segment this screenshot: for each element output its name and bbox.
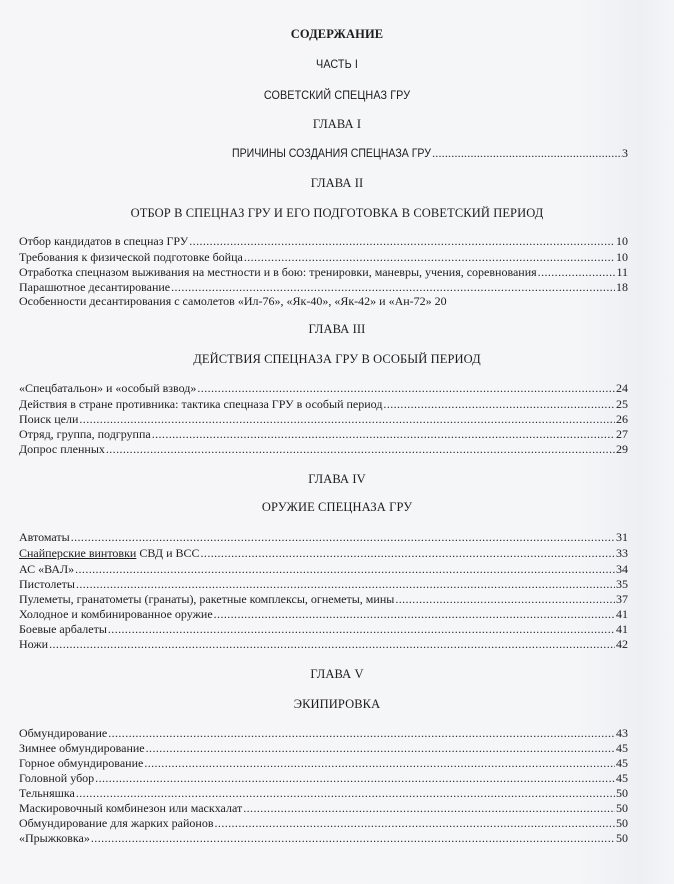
toc-entry-underlined-text: Снайперские винтовки: [19, 546, 136, 560]
toc-entry-text: Головной убор: [19, 771, 94, 786]
toc-entry[interactable]: Особенности десантирования с самолетов «…: [19, 294, 447, 309]
toc-entry[interactable]: Допрос пленных 29: [19, 442, 628, 457]
toc-entry-page: 35: [616, 577, 628, 592]
toc-entry-text: Горное обмундирование: [19, 756, 143, 771]
toc-entry-text: Поиск цели: [19, 412, 78, 427]
toc-entry-text: АС «ВАЛ»: [19, 562, 74, 577]
toc-entry-page: 43: [616, 726, 628, 741]
toc-entry-text: Зимнее обмундирование: [19, 741, 145, 756]
toc-entry-text: Отбор кандидатов в спецназ ГРУ: [19, 234, 188, 249]
toc-entry[interactable]: Маскировочный комбинезон или маскхалат 5…: [19, 801, 628, 816]
toc-entry-page: 25: [616, 397, 628, 412]
dot-leader: [108, 726, 615, 741]
dot-leader: [189, 234, 615, 249]
dot-leader: [95, 771, 615, 786]
toc-entry[interactable]: Поиск цели 26: [19, 412, 628, 427]
toc-entry[interactable]: Обмундирование для жарких районов 50: [19, 816, 628, 831]
chapter-1-title: ПРИЧИНЫ СОЗДАНИЯ СПЕЦНАЗА ГРУ: [232, 146, 431, 161]
toc-entry-page: 41: [616, 622, 628, 637]
toc-entry-text: Допрос пленных: [19, 442, 105, 457]
chapter-5-label: ГЛАВА V: [0, 667, 674, 682]
toc-entry[interactable]: Ножи 42: [19, 637, 628, 652]
toc-entry[interactable]: Пулеметы, гранатометы (гранаты), ракетны…: [19, 592, 628, 607]
toc-entry-text: Тельняшка: [19, 786, 75, 801]
dot-leader: [49, 637, 615, 652]
toc-entry-page: 10: [616, 234, 628, 249]
toc-entry[interactable]: Отработка спецназом выживания на местнос…: [19, 265, 628, 280]
dot-leader: [152, 427, 615, 442]
toc-title: СОДЕРЖАНИЕ: [0, 27, 674, 42]
toc-entry-page: 10: [616, 250, 628, 265]
dot-leader: [106, 442, 615, 457]
toc-entry-text: Автоматы: [19, 530, 70, 545]
toc-entry-page: 50: [616, 831, 628, 846]
chapter-1-label: ГЛАВА I: [0, 117, 674, 132]
toc-entry-page: 45: [616, 756, 628, 771]
dot-leader: [243, 801, 615, 816]
toc-entry-text: Парашютное десантирование: [19, 280, 170, 295]
toc-entry-page: 29: [616, 442, 628, 457]
toc-entry-page: 31: [616, 530, 628, 545]
toc-entry[interactable]: Снайперские винтовки СВД и ВСС 33: [19, 546, 628, 561]
toc-entry[interactable]: Зимнее обмундирование 45: [19, 741, 628, 756]
toc-entry[interactable]: «Прыжковка» 50: [19, 831, 628, 846]
dot-leader: [201, 546, 615, 561]
toc-entry-page: 11: [616, 265, 628, 280]
toc-entry-text: Холодное и комбинированное оружие: [19, 607, 213, 622]
toc-entry[interactable]: Автоматы 31: [19, 530, 628, 545]
toc-entry-page: 42: [616, 637, 628, 652]
toc-entry-page: 33: [616, 546, 628, 561]
toc-entry-page: 41: [616, 607, 628, 622]
toc-entry-text: Обмундирование: [19, 726, 107, 741]
toc-entry-text: Обмундирование для жарких районов: [19, 816, 214, 831]
dot-leader: [76, 786, 615, 801]
chapter-3-title: ДЕЙСТВИЯ СПЕЦНАЗА ГРУ В ОСОБЫЙ ПЕРИОД: [0, 352, 674, 367]
toc-entry-text: Требования к физической подготовке бойца: [19, 250, 243, 265]
dot-leader: [197, 381, 615, 396]
dot-leader: [146, 741, 615, 756]
toc-entry[interactable]: Отряд, группа, подгруппа 27: [19, 427, 628, 442]
toc-entry-page: 50: [616, 801, 628, 816]
toc-entry-page: 45: [616, 771, 628, 786]
toc-entry[interactable]: Обмундирование 43: [19, 726, 628, 741]
dot-leader: [79, 412, 615, 427]
toc-entry-text: «Прыжковка»: [19, 831, 90, 846]
toc-entry-text: Боевые арбалеты: [19, 622, 107, 637]
toc-entry-text-wrap: Снайперские винтовки СВД и ВСС: [19, 546, 200, 561]
dot-leader: [538, 265, 616, 280]
toc-entry[interactable]: Холодное и комбинированное оружие 41: [19, 607, 628, 622]
dot-leader: [144, 756, 615, 771]
dot-leader: [71, 530, 615, 545]
dot-leader: [432, 146, 622, 161]
toc-entry-text: Отработка спецназом выживания на местнос…: [19, 265, 537, 280]
chapter-4-title: ОРУЖИЕ СПЕЦНАЗА ГРУ: [0, 500, 674, 515]
toc-entry-text: СВД и ВСС: [136, 546, 199, 560]
toc-entry[interactable]: Тельняшка 50: [19, 786, 628, 801]
toc-entry-page: 34: [616, 562, 628, 577]
toc-entry[interactable]: «Спецбатальон» и «особый взвод» 24: [19, 381, 628, 396]
toc-entry-text: Особенности десантирования с самолетов «…: [19, 294, 447, 308]
chapter-1-title-row[interactable]: ПРИЧИНЫ СОЗДАНИЯ СПЕЦНАЗА ГРУ 3: [232, 146, 628, 161]
dot-leader: [171, 280, 615, 295]
dot-leader: [91, 831, 615, 846]
toc-entry[interactable]: Головной убор 45: [19, 771, 628, 786]
toc-entry-page: 24: [616, 381, 628, 396]
toc-entry-text: Пистолеты: [19, 577, 75, 592]
chapter-5-title: ЭКИПИРОВКА: [0, 697, 674, 712]
toc-entry[interactable]: Парашютное десантирование 18: [19, 280, 628, 295]
toc-entry-text: Ножи: [19, 637, 48, 652]
dot-leader: [214, 607, 615, 622]
dot-leader: [383, 397, 615, 412]
toc-entry-text: Действия в стране противника: тактика сп…: [19, 397, 382, 412]
chapter-3-label: ГЛАВА III: [0, 322, 674, 337]
toc-entry-text: Маскировочный комбинезон или маскхалат: [19, 801, 242, 816]
chapter-2-label: ГЛАВА II: [0, 176, 674, 191]
toc-entry-page: 18: [616, 280, 628, 295]
chapter-4-label: ГЛАВА IV: [0, 472, 674, 487]
toc-entry-page: 26: [616, 412, 628, 427]
toc-entry-text: Пулеметы, гранатометы (гранаты), ракетны…: [19, 592, 394, 607]
part-label: ЧАСТЬ I: [34, 57, 641, 71]
toc-entry[interactable]: Боевые арбалеты 41: [19, 622, 628, 637]
toc-entry-page: 45: [616, 741, 628, 756]
chapter-2-title: ОТБОР В СПЕЦНАЗ ГРУ И ЕГО ПОДГОТОВКА В С…: [0, 206, 674, 221]
toc-entry-text: «Спецбатальон» и «особый взвод»: [19, 381, 196, 396]
toc-entry-page: 27: [616, 427, 628, 442]
part-title: СОВЕТСКИЙ СПЕЦНАЗ ГРУ: [34, 88, 641, 102]
toc-entry-text: Отряд, группа, подгруппа: [19, 427, 151, 442]
dot-leader: [215, 816, 615, 831]
toc-entry-page: 37: [616, 592, 628, 607]
dot-leader: [108, 622, 615, 637]
toc-entry[interactable]: Действия в стране противника: тактика сп…: [19, 397, 628, 412]
dot-leader: [75, 562, 615, 577]
toc-entry[interactable]: Горное обмундирование 45: [19, 756, 628, 771]
toc-entry[interactable]: АС «ВАЛ» 34: [19, 562, 628, 577]
dot-leader: [76, 577, 615, 592]
toc-entry-page: 50: [616, 786, 628, 801]
toc-entry-page: 50: [616, 816, 628, 831]
toc-entry[interactable]: Пистолеты 35: [19, 577, 628, 592]
dot-leader: [395, 592, 615, 607]
dot-leader: [244, 250, 615, 265]
toc-entry[interactable]: Требования к физической подготовке бойца…: [19, 250, 628, 265]
chapter-1-page: 3: [622, 146, 628, 161]
toc-entry[interactable]: Отбор кандидатов в спецназ ГРУ 10: [19, 234, 628, 249]
toc-page: СОДЕРЖАНИЕ ЧАСТЬ I СОВЕТСКИЙ СПЕЦНАЗ ГРУ…: [0, 0, 674, 884]
